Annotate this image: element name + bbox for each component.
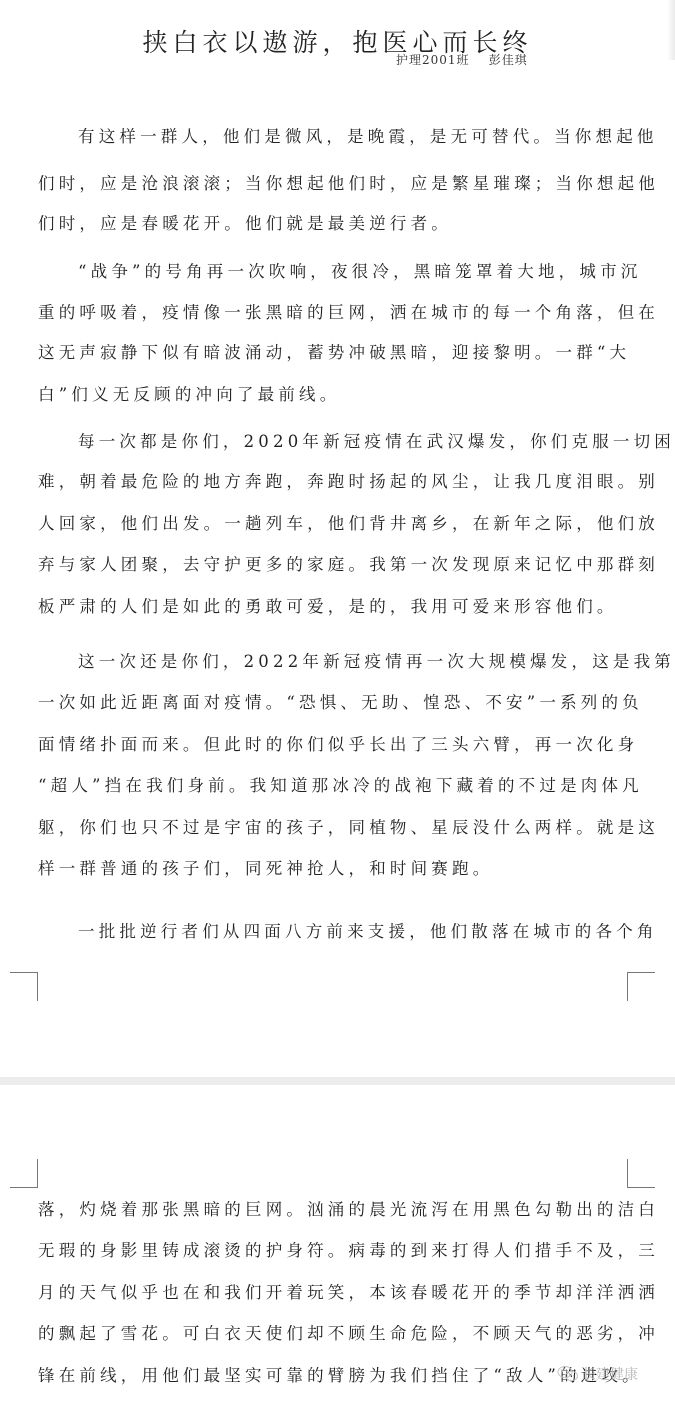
text-line: 有这样一群人，他们是微风，是晚霞，是无可替代。当你想起他 [78,127,675,147]
document-title: 挟白衣以遨游，抱医心而长终 [0,23,675,59]
text-line: 的飘起了雪花。可白衣天使们却不顾生命危险，不顾天气的恶劣，冲 [38,1324,638,1344]
text-line: 板严肃的人们是如此的勇敢可爱，是的，我用可爱来形容他们。 [38,597,638,617]
text-line: 样一群普通的孩子们，同死神抢人，和时间赛跑。 [38,859,638,879]
text-line: 弃与家人团聚，去守护更多的家庭。我第一次发现原来记忆中那群刻 [38,555,638,575]
margin-corner-mark-bottom-left [10,972,38,1001]
text-line: 重的呼吸着，疫情像一张黑暗的巨网，洒在城市的每一个角落，但在 [38,303,638,323]
text-line: 们时，应是沧浪滚滚；当你想起他们时，应是繁星璀璨；当你想起他 [38,174,638,194]
text-line: 每一次都是你们，2020年新冠疫情在武汉爆发，你们克服一切困 [78,432,675,452]
text-line: 这无声寂静下似有暗波涌动，蓄势冲破黑暗，迎接黎明。一群“大 [38,343,638,363]
text-line: 一次如此近距离面对疫情。“恐惧、无助、惶恐、不安”一系列的负 [38,693,638,713]
document-page-1: 挟白衣以遨游，抱医心而长终 护理2001班 彭佳琪 有这样一群人，他们是微风，是… [0,0,675,1077]
page-separator [0,1077,675,1085]
text-line: 人回家，他们出发。一趟列车，他们背井离乡，在新年之际，他们放 [38,514,638,534]
text-line: “战争”的号角再一次吹响，夜很冷，黑暗笼罩着大地，城市沉 [78,262,675,282]
text-line: 们时，应是春暖花开。他们就是最美逆行者。 [38,214,638,234]
text-line: 无瑕的身影里铸成滚烫的护身符。病毒的到来打得人们措手不及，三 [38,1241,638,1261]
text-line: “超人”挡在我们身前。我知道那冰冷的战袍下藏着的不过是肉体凡 [38,776,638,796]
margin-corner-mark-bottom-right [627,972,655,1001]
text-line: 面情绪扑面而来。但此时的你们似乎长出了三头六臂，再一次化身 [38,735,638,755]
text-line: 月的天气似乎也在和我们开着玩笑，本该春暖花开的季节却洋洋洒洒 [38,1283,638,1303]
text-line: 躯，你们也只不过是宇宙的孩子，同植物、星辰没什么两样。就是这 [38,818,638,838]
text-line: 落，灼烧着那张黑暗的巨网。汹涌的晨光流泻在用黑色勾勒出的洁白 [38,1200,638,1220]
margin-corner-mark-top-left [10,1159,38,1188]
author-byline: 护理2001班 彭佳琪 [396,51,528,68]
text-line: 一批批逆行者们从四面八方前来支援，他们散落在城市的各个角 [78,922,675,942]
watermark: 长建健康 [557,1364,638,1384]
text-line: 白”们义无反顾的冲向了最前线。 [38,385,638,405]
text-line: 这一次还是你们，2022年新冠疫情再一次大规模爆发，这是我第 [78,652,675,672]
wechat-icon [557,1365,579,1383]
text-line: 难，朝着最危险的地方奔跑，奔跑时扬起的风尘，让我几度泪眼。别 [38,472,638,492]
margin-corner-mark-top-right [627,1159,655,1188]
text-line: 锋在前线，用他们最坚实可靠的臂膀为我们挡住了“敌人”的进攻。 [38,1366,638,1386]
watermark-text: 长建健康 [582,1364,638,1384]
